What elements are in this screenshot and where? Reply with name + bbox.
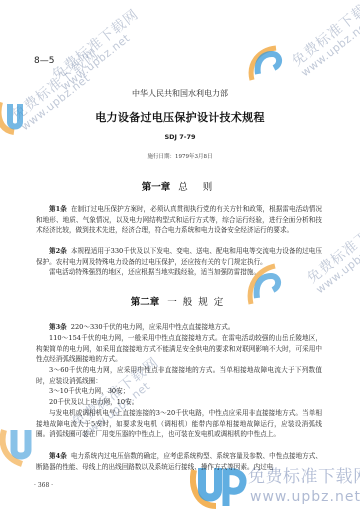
chapter-name: 总 则 <box>178 182 218 193</box>
article-text: 电力系统内过电压倍数的确定，应考虑系统构型、系统容量及参数、中性点接地方式、断路… <box>36 452 322 471</box>
chapter-1-heading: 第一章总 则 <box>0 179 360 193</box>
document-title: 电力设备过电压保护设计技术规程 <box>0 109 360 125</box>
page-number: · 368 · <box>34 482 53 489</box>
article-text: 在制订过电压保护方案时，必须认真贯彻执行党的有关方针和政策，根据雷电活动情况和地… <box>36 205 322 234</box>
document-page: 免费标准下载网 www.upbz.net 免费标准下载网 www.upbz.ne… <box>0 0 360 513</box>
article-text: 220～330千伏的电力网，应采用中性点直接接地方式。 <box>71 323 235 331</box>
chapter-name: 一般规定 <box>167 297 229 308</box>
article-label: 第2条 <box>49 247 67 255</box>
article-label: 第4条 <box>49 452 67 460</box>
article-3: 第3条220～330千伏的电力网，应采用中性点直接接地方式。 <box>36 322 322 333</box>
paragraph: 3～60千伏的电力网，应采用中性点非直接接地的方式。当单相接地故障电流大于下列数… <box>36 365 322 386</box>
article-1: 第1条在制订过电压保护方案时，必须认真贯彻执行党的有关方针和政策，根据雷电活动情… <box>36 204 322 236</box>
watermark-logo-top-right <box>248 40 292 84</box>
paragraph: 与发电机或调相机电气上直接连接的3～20千伏电路，中性点应采用非直接接地方式。当… <box>36 408 322 440</box>
paragraph-text: 110～154千伏的电力网，一般采用中性点直接接地方式。在雷电活动较强的山岳丘陵… <box>36 334 322 363</box>
paragraph: 雷电活动特殊强烈的地区，还应根据当地实践经验，适当加强防雷措施。 <box>36 267 322 278</box>
paragraph-text: 与发电机或调相机电气上直接连接的3～20千伏电路，中性点应采用非直接接地方式。当… <box>36 409 322 438</box>
chapter-2-heading: 第二章一般规定 <box>0 294 360 308</box>
issuing-ministry: 中华人民共和国水利电力部 <box>0 88 360 99</box>
article-4: 第4条电力系统内过电压倍数的确定，应考虑系统构型、系统容量及参数、中性点接地方式… <box>36 451 322 472</box>
effective-date: 施行日期：1979年3月8日 <box>0 152 360 160</box>
standard-code: SDJ 7-79 <box>0 133 360 141</box>
watermark-top-left-upper: 免费标准下载网 www.upbz.net <box>50 7 149 92</box>
paragraph: 3～10千伏电力网，30安； <box>36 386 322 397</box>
article-2: 第2条本规程适用于330千伏及以下发电、变电、送电、配电和用电等交流电力设备的过… <box>36 246 322 267</box>
paragraph-text: 3～10千伏电力网，30安； <box>49 387 129 395</box>
paragraph: 20千伏及以上电力网，10安。 <box>36 397 322 408</box>
article-label: 第1条 <box>49 205 67 213</box>
article-label: 第3条 <box>49 323 67 331</box>
paragraph-text: 雷电活动特殊强烈的地区，还应根据当地实践经验，适当加强防雷措施。 <box>49 268 260 276</box>
watermark-top-right: 免费标准下载网 www.upbz.net <box>290 0 360 79</box>
paragraph-text: 20千伏及以上电力网，10安。 <box>49 398 138 406</box>
article-text: 本规程适用于330千伏及以下发电、变电、送电、配电和用电等交流电力设备的过电压保… <box>36 247 322 266</box>
chapter-number: 第二章 <box>131 297 160 308</box>
paragraph-text: 3～60千伏的电力网，应采用中性点非直接接地的方式。当单相接地故障电流大于下列数… <box>36 366 322 385</box>
paragraph: 110～154千伏的电力网，一般采用中性点直接接地方式。在雷电活动较强的山岳丘陵… <box>36 333 322 365</box>
up-logo-icon <box>248 40 292 84</box>
watermark-url: www.upbz.net <box>250 489 360 505</box>
chapter-number: 第一章 <box>142 182 171 193</box>
page-code: 8—5 <box>34 56 54 66</box>
